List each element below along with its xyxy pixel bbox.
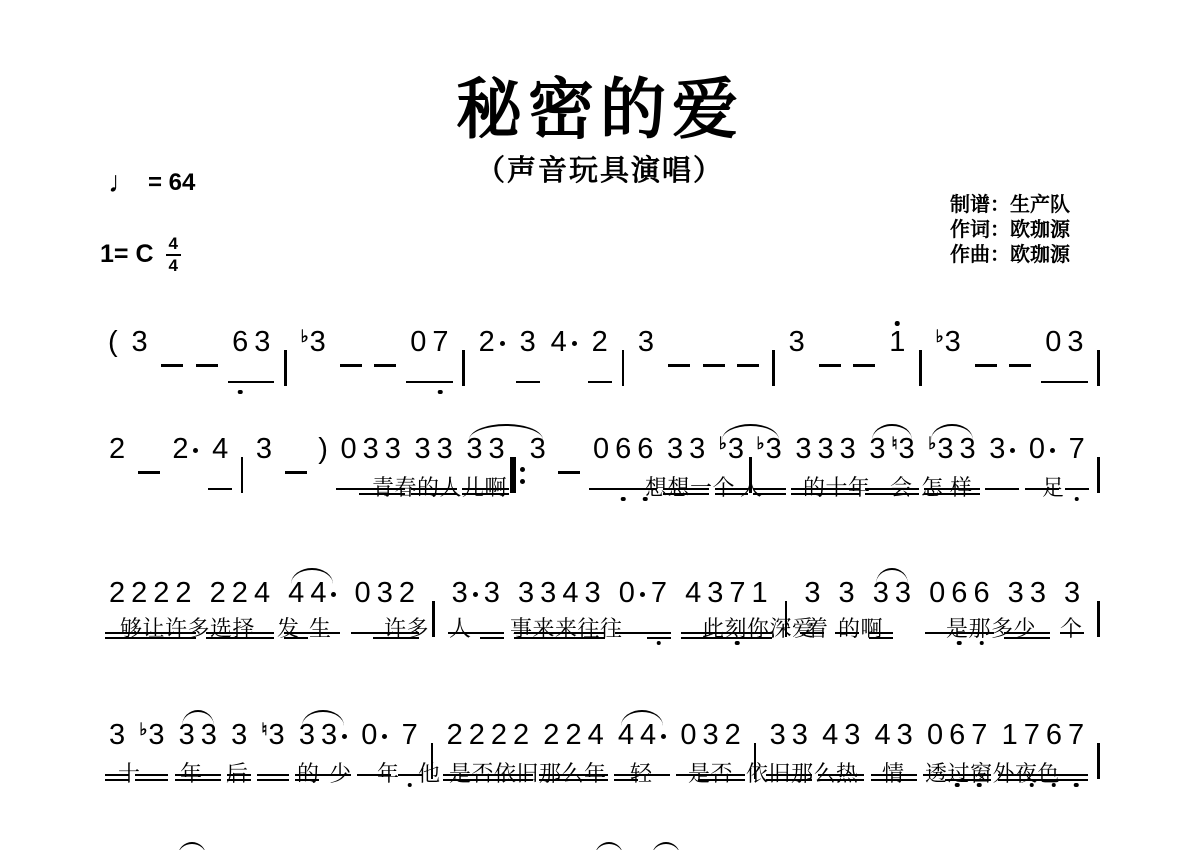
note: 4 [253,573,271,645]
note: ♭3 [935,322,962,394]
note: 0 [928,573,946,645]
note: ♭3 [138,715,165,787]
repeat-thick-bar [510,457,516,493]
time-signature-numerator: 4 [166,234,181,256]
duration-dash [819,344,841,394]
note: 2 [591,322,609,394]
augmentation-dot [331,592,336,597]
note: 2 [108,429,126,501]
duration-dash [737,344,759,394]
low-octave-dot [407,783,412,788]
accidental-icon: ♮ [261,720,267,739]
underline-beam [985,488,1019,491]
partial-slur-arc [652,842,680,850]
time-signature-denominator: 4 [166,256,181,276]
lyric-segment: 想想一个 [645,476,735,499]
lyric-segment: 的 [297,762,320,785]
underline-beam [588,381,612,384]
duration-dash [703,344,725,394]
lyric-segment: 情 [882,762,905,785]
lyric-segment: 的十年 [803,476,871,499]
accidental-icon: ♮ [891,434,897,453]
barline [1097,743,1100,779]
duration-dash [161,344,183,394]
note: 3 [1066,322,1084,394]
key-signature: 1= C 4 4 [100,234,181,275]
music-line: (363♭3072342331♭303 [108,322,1100,394]
underline-beam [1063,381,1087,384]
low-octave-dot [957,641,962,646]
note: 0 [592,429,610,501]
low-octave-dot [657,641,662,646]
low-octave-dot [621,497,626,502]
repeat-dots [520,467,525,484]
note: 3 [253,322,271,394]
quarter-note-icon: ♩ [108,168,138,198]
underline-beam [1065,488,1089,491]
beam-group: 03 [1044,322,1084,394]
note: 0 [354,573,372,645]
augmentation-dot [193,448,198,453]
note: 6 [231,322,249,394]
barline [1097,350,1100,386]
underline-beam [480,637,504,640]
beam-group: 07 [618,573,668,645]
accidental-icon: ♭ [936,327,944,346]
barline [284,350,287,386]
lyric-segment: 着 [806,617,829,640]
augmentation-dot [661,734,666,739]
barline [432,601,435,637]
lyric-segment: 怎 [921,476,944,499]
underline-beam [611,488,635,491]
tempo-marking: ♩ = 64 [108,168,195,198]
note: 0 [409,322,427,394]
underline-beam [208,488,232,491]
time-signature: 4 4 [166,234,181,275]
underline-beam [336,488,360,491]
note: 4 [211,429,229,501]
underline-beam [257,774,288,777]
low-octave-dot [1074,497,1079,502]
lyric-segment: 人 [740,476,763,499]
duration-dash [558,451,580,501]
underline-beam [1064,779,1088,782]
underline-beam [589,488,613,491]
augmentation-dot [382,734,387,739]
lyric-segment: 他 [418,762,441,785]
note: 3 [894,573,912,645]
lyric-segment: 青春的人儿啊 [372,476,507,499]
underline-beam [428,381,452,384]
barline [241,457,244,493]
underline-beam [1041,381,1065,384]
partial-slur-arc [178,842,206,850]
lyric-segment: 十 [118,762,141,785]
beam-group: 63 [231,322,271,394]
lyric-segment: 生 [309,617,332,640]
credit-lyricist: 作词：欧珈源 [950,218,1070,243]
lyric-segment: 年 [377,762,400,785]
song-title: 秘密的爱 [0,56,1200,151]
lyric-segment: 此刻你深爱 [702,617,815,640]
lyric-segment: 是否 [688,762,733,785]
repeat-dot [520,467,525,472]
underline-beam [250,381,274,384]
augmentation-dot [572,341,577,346]
barline [919,350,922,386]
note: 3 [529,429,547,501]
credit-arranger: 制谱：生产队 [950,193,1070,218]
lyric-segment: 样 [950,476,973,499]
partial-slur-arc [595,842,623,850]
low-octave-dot [438,390,443,395]
lyric-segment: 许多 [384,617,429,640]
augmentation-dot [500,341,505,346]
note: 7 [431,322,449,394]
underline-beam [480,632,504,635]
note: ♭3 [300,322,327,394]
duration-dash [1009,344,1031,394]
note: 3 [200,715,218,787]
duration-dash [975,344,997,394]
lyric-segment: 是否依旧那么年 [449,762,607,785]
note: 3 [788,322,806,394]
lyric-segment: 人 [449,617,472,640]
tempo-value: = 64 [148,169,195,197]
low-octave-dot [238,390,243,395]
lyric-segment: 会 [890,476,913,499]
high-octave-dot [895,321,900,326]
underline-beam [228,381,252,384]
note: 2 [171,429,199,501]
low-octave-dot [735,641,740,646]
lyric-segment: 足 [1042,476,1065,499]
accidental-icon: ♭ [719,434,727,453]
augmentation-dot [1010,448,1015,453]
lyric-segment: 少 [329,762,352,785]
accidental-icon: ♭ [139,720,147,739]
lyric-segment: 够让许多选择 [120,617,255,640]
note: 3 [868,429,886,501]
duration-dash [668,344,690,394]
note: ♮3 [260,715,285,787]
duration-dash [138,451,160,501]
duration-dash [340,344,362,394]
duration-dash [196,344,218,394]
note: 3 [483,573,501,645]
augmentation-dot [1050,448,1055,453]
lyric-segment: 年 [180,762,203,785]
barline [462,350,465,386]
accidental-icon: ♭ [301,327,309,346]
underline-beam [406,381,430,384]
low-octave-dot [1074,783,1079,788]
underline-beam [1064,774,1088,777]
key-prefix: 1= C [100,240,154,269]
credits-block: 制谱：生产队 作词：欧珈源 作曲：欧珈源 [950,193,1070,268]
lyric-segment: 的啊 [838,617,883,640]
repeat-dot [520,479,525,484]
barline [1097,601,1100,637]
note: 7 [401,715,419,787]
duration-dash [374,344,396,394]
lyric-segment: 个 [1060,617,1083,640]
note: 7 [1068,429,1086,501]
lyric-segment: 轻 [630,762,653,785]
sheet-music-page: 秘密的爱 （声音玩具演唱） ♩ = 64 1= C 4 4 制谱：生产队 作词：… [0,0,1200,850]
lyric-segment: 发 [277,617,300,640]
note: 7 [1067,715,1085,787]
note: 4 [684,573,702,645]
note: 6 [614,429,632,501]
note: 3 [255,429,273,501]
note: 3 [519,322,537,394]
barline [772,350,775,386]
augmentation-dot [473,592,478,597]
note: 0 [1044,322,1062,394]
barline [1097,457,1100,493]
accidental-icon: ♭ [757,434,765,453]
duration-dash [853,344,875,394]
barline [622,350,625,386]
lyric-segment: 是那多少 [946,617,1036,640]
note: 0 [339,429,357,501]
note: 3 [988,429,1016,501]
underline-beam [647,637,671,640]
beam-group: 07 [409,322,449,394]
lyric-segment: 依旧那么热 [746,762,859,785]
parenthesis: ( [108,322,118,394]
note: 7 [650,573,668,645]
repeat-start-sign [510,457,525,493]
underline-beam [257,779,288,782]
lyric-segment: 透过窗外夜色 [925,762,1060,785]
lyric-segment: 事来来往往 [510,617,623,640]
parenthesis: ) [318,429,328,501]
underline-beam [516,381,540,384]
augmentation-dot [640,592,645,597]
lyric-segment: 后 [226,762,249,785]
underline-beam [351,632,375,635]
underline-beam [647,632,671,635]
duration-dash [285,451,307,501]
note: 1 [888,322,906,394]
augmentation-dot [342,734,347,739]
low-octave-dot [979,641,984,646]
note: 2 [478,322,506,394]
credit-composer: 作曲：欧珈源 [950,243,1070,268]
accidental-icon: ♭ [928,434,936,453]
note: 4 [550,322,578,394]
note: 3 [637,322,655,394]
note: 3 [131,322,149,394]
